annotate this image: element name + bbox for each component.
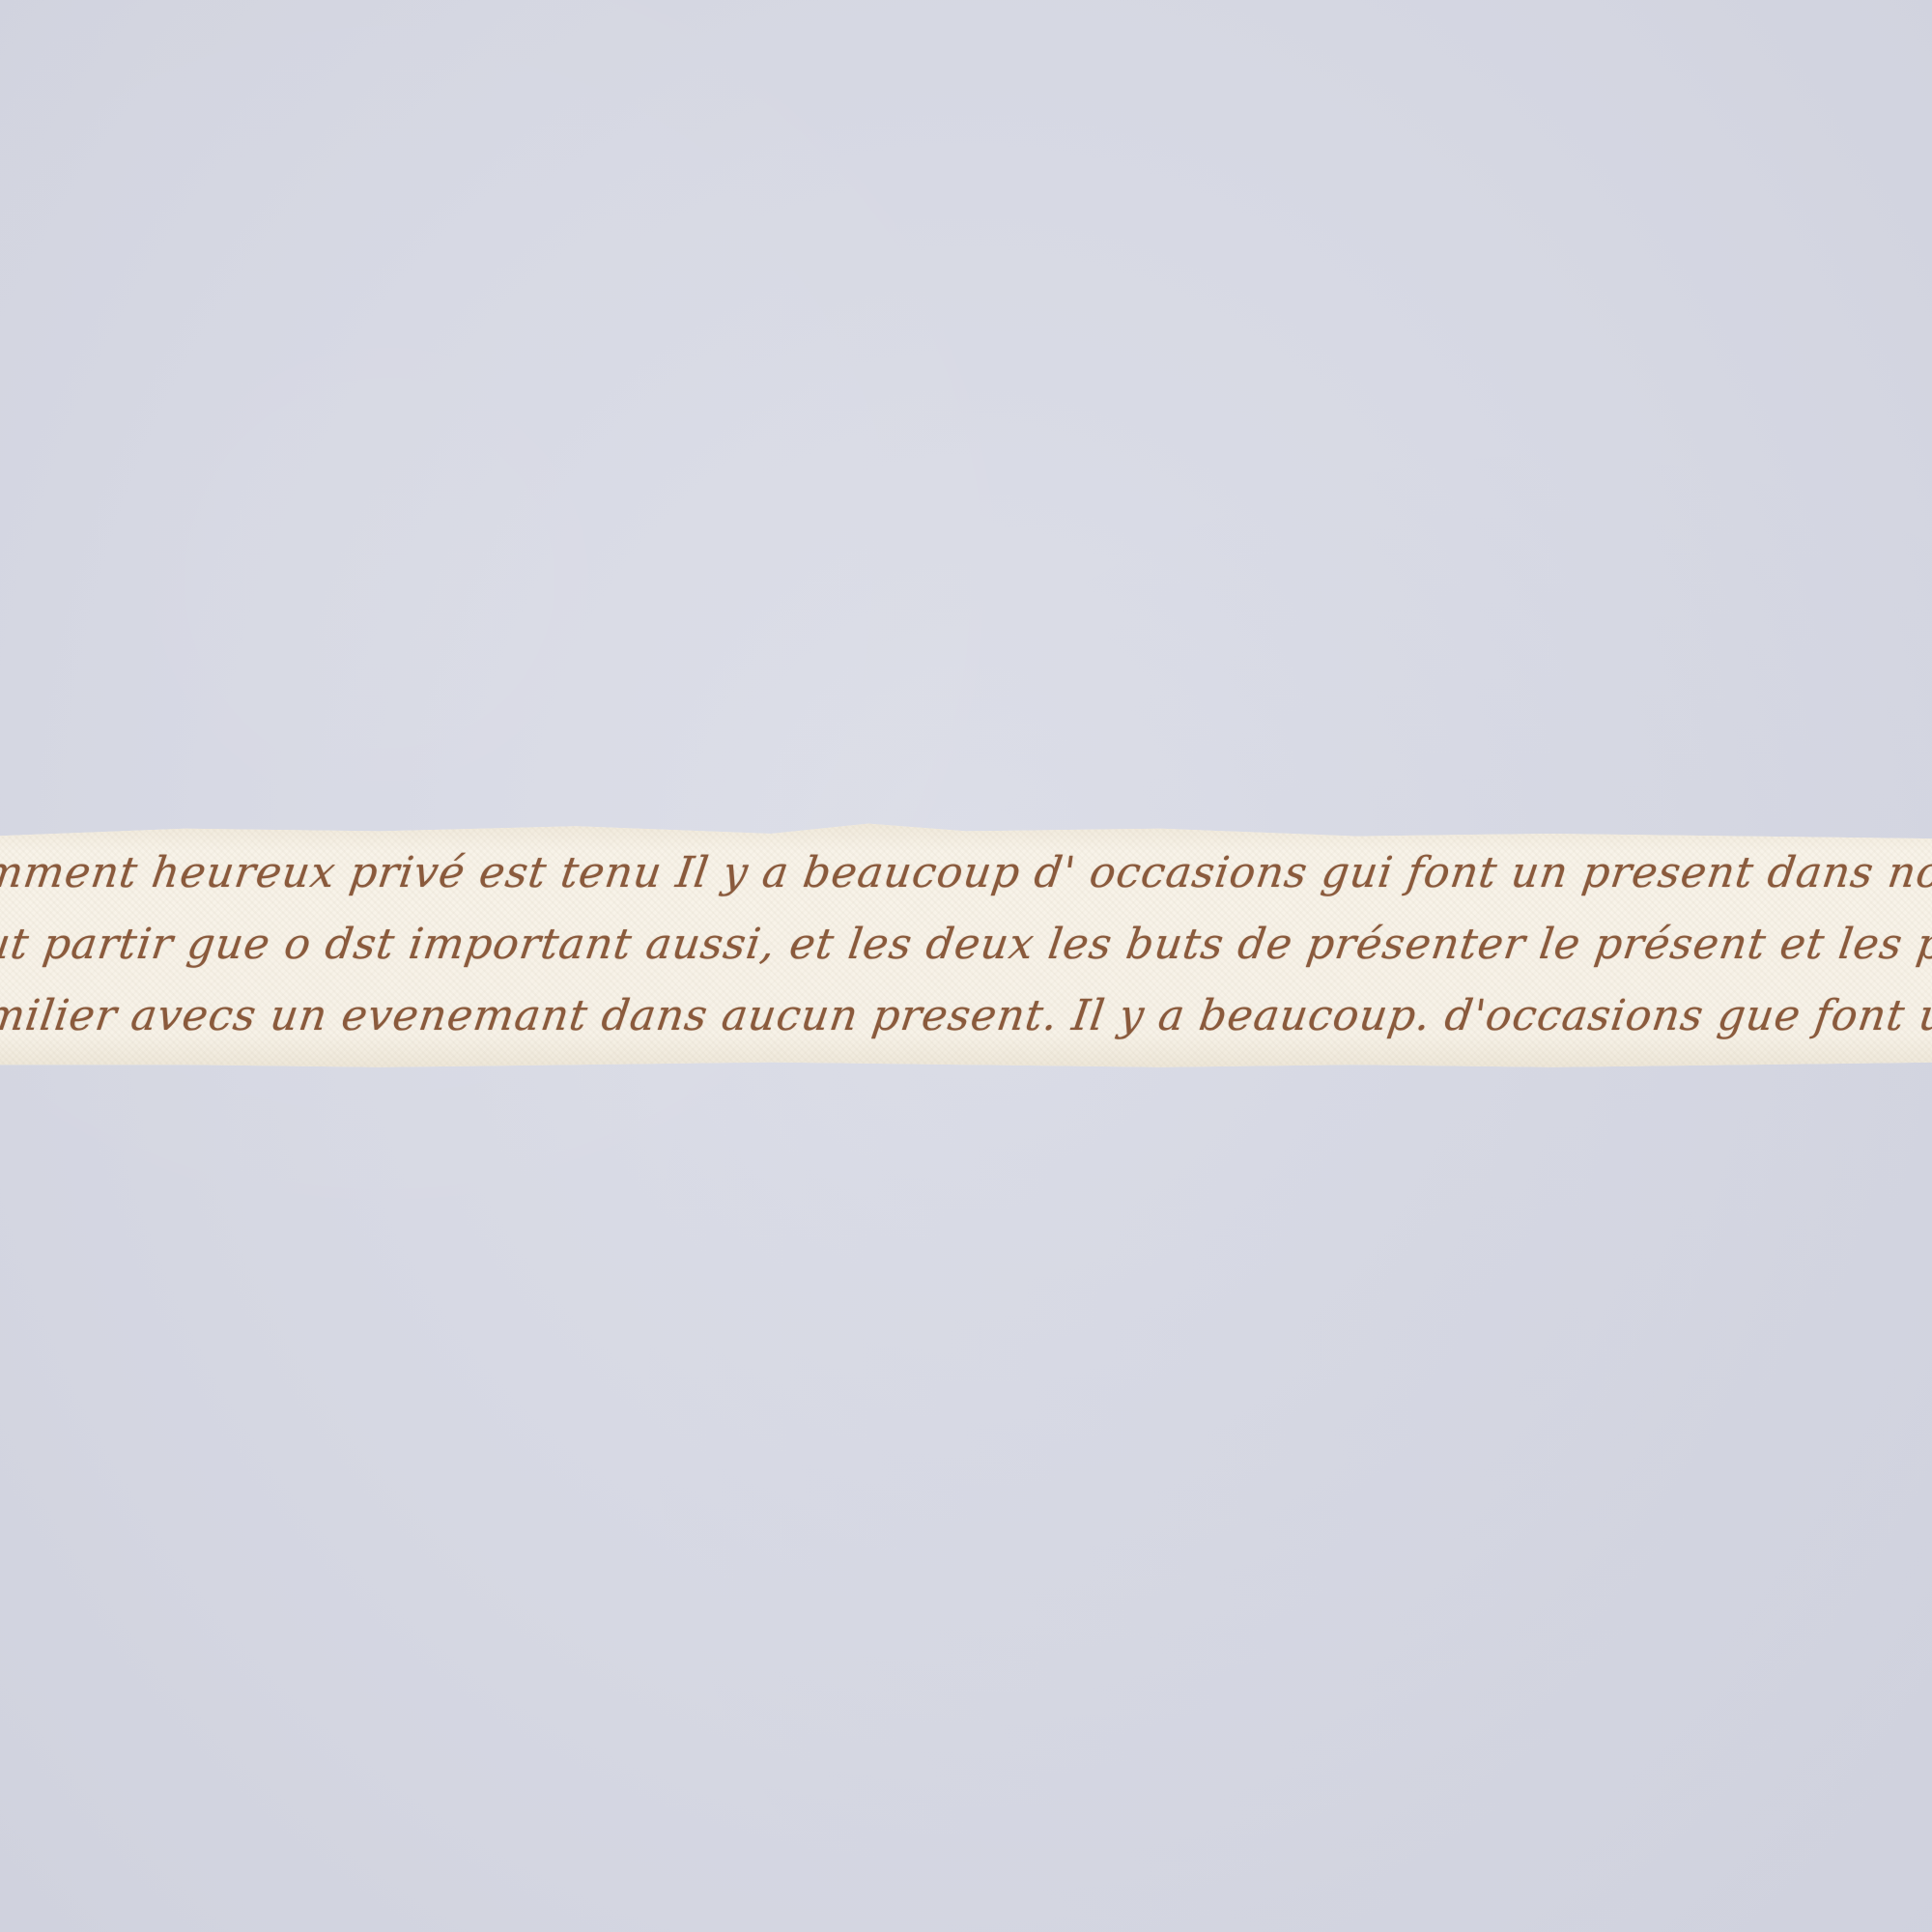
ribbon-text-line-1: mment heureux privé est tenu Il y a beau… xyxy=(0,848,1932,897)
ribbon-text-line-3: milier avecs un evenemant dans aucun pre… xyxy=(0,991,1932,1040)
ribbon-text-line-2: ut partir gue o dst important aussi, et … xyxy=(0,920,1932,969)
printed-ribbon: mment heureux privé est tenu Il y a beau… xyxy=(0,821,1932,1072)
